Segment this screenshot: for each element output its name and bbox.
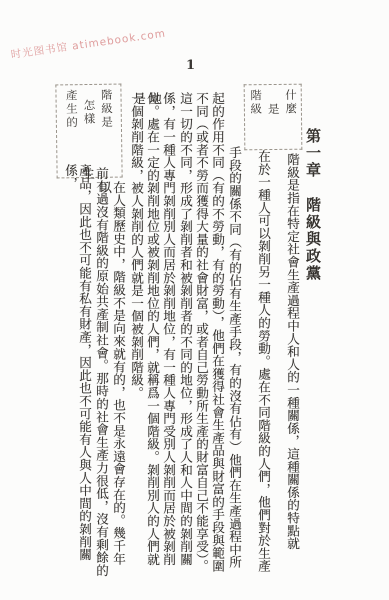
text-column: 不同（或者不勞而獲得大量的社會財富，或者自己勞動所生產的財富自己不能享受）。 [193, 92, 208, 577]
library-watermark: 时光图书馆 atimebook.com [10, 21, 200, 62]
chapter-number: 第一章 [305, 128, 320, 179]
text-column: 階級是指在特定社會生產過程中人和人的一種關係，這種關係的特點就 [284, 153, 299, 573]
text-column: 前有過沒有階級的原始共產制社會。那時的社會生產力很低，沒有剩餘的生 [93, 167, 108, 577]
heading-line: 產生的 [65, 89, 78, 173]
heading-line: 怎樣 [83, 89, 96, 173]
text-column: 係，有一種人專門剝削別人而居於剝削地位，有一種人專門受別人剝削而居於被剝削地 [160, 92, 175, 577]
text-column: 產品，因此也不可能有私有財產，因此也不可能有人與人中間的剝削關係， [76, 164, 91, 576]
text-column: 起的作用不同（有的不勞動，有的勞動），他們在獲得社會生產品與財富的手段與範圍 [209, 92, 224, 577]
book-page: 时光图书馆 atimebook.com 1 第一章 階級與政黨 什麼 是 階級 … [0, 0, 389, 600]
text-column: 在人類歷史中，階級不是向來就有的，也不是永遠會存在的。幾千年以 [110, 181, 125, 576]
text-column: 手段的關係不同（有的佔有生產手段，有的沒有佔有）他們在生產過程中所 [226, 146, 241, 576]
chapter-name: 階級與政黨 [305, 197, 320, 282]
heading-line: 什麼 [284, 89, 296, 145]
text-column: 這一切的不同，形成了剝削者和被剝削者的不同的地位，形成了人和人中間的剝削關 [177, 92, 192, 577]
section-heading-what-is-a-class: 什麼 是 階級 [244, 84, 303, 151]
text-column: 在於一種人可以剝削另一種人的勞動。處在不同階級的人們，他們對於生產 [255, 150, 270, 575]
heading-line: 階級是 [100, 89, 113, 173]
text-column: 位。處在一定的剝削地位或被剝削地位的人們，就稱爲一個階級。剝削別人的人們就是 [144, 92, 159, 577]
text-column: 一個剝削階級，被人剝削的人們就是一個被剝削階級。 [128, 92, 143, 577]
page-number: 1 [186, 58, 195, 73]
heading-line: 是 [267, 89, 279, 145]
heading-line: 階級 [249, 89, 261, 145]
chapter-title: 第一章 階級與政黨 [305, 128, 320, 388]
